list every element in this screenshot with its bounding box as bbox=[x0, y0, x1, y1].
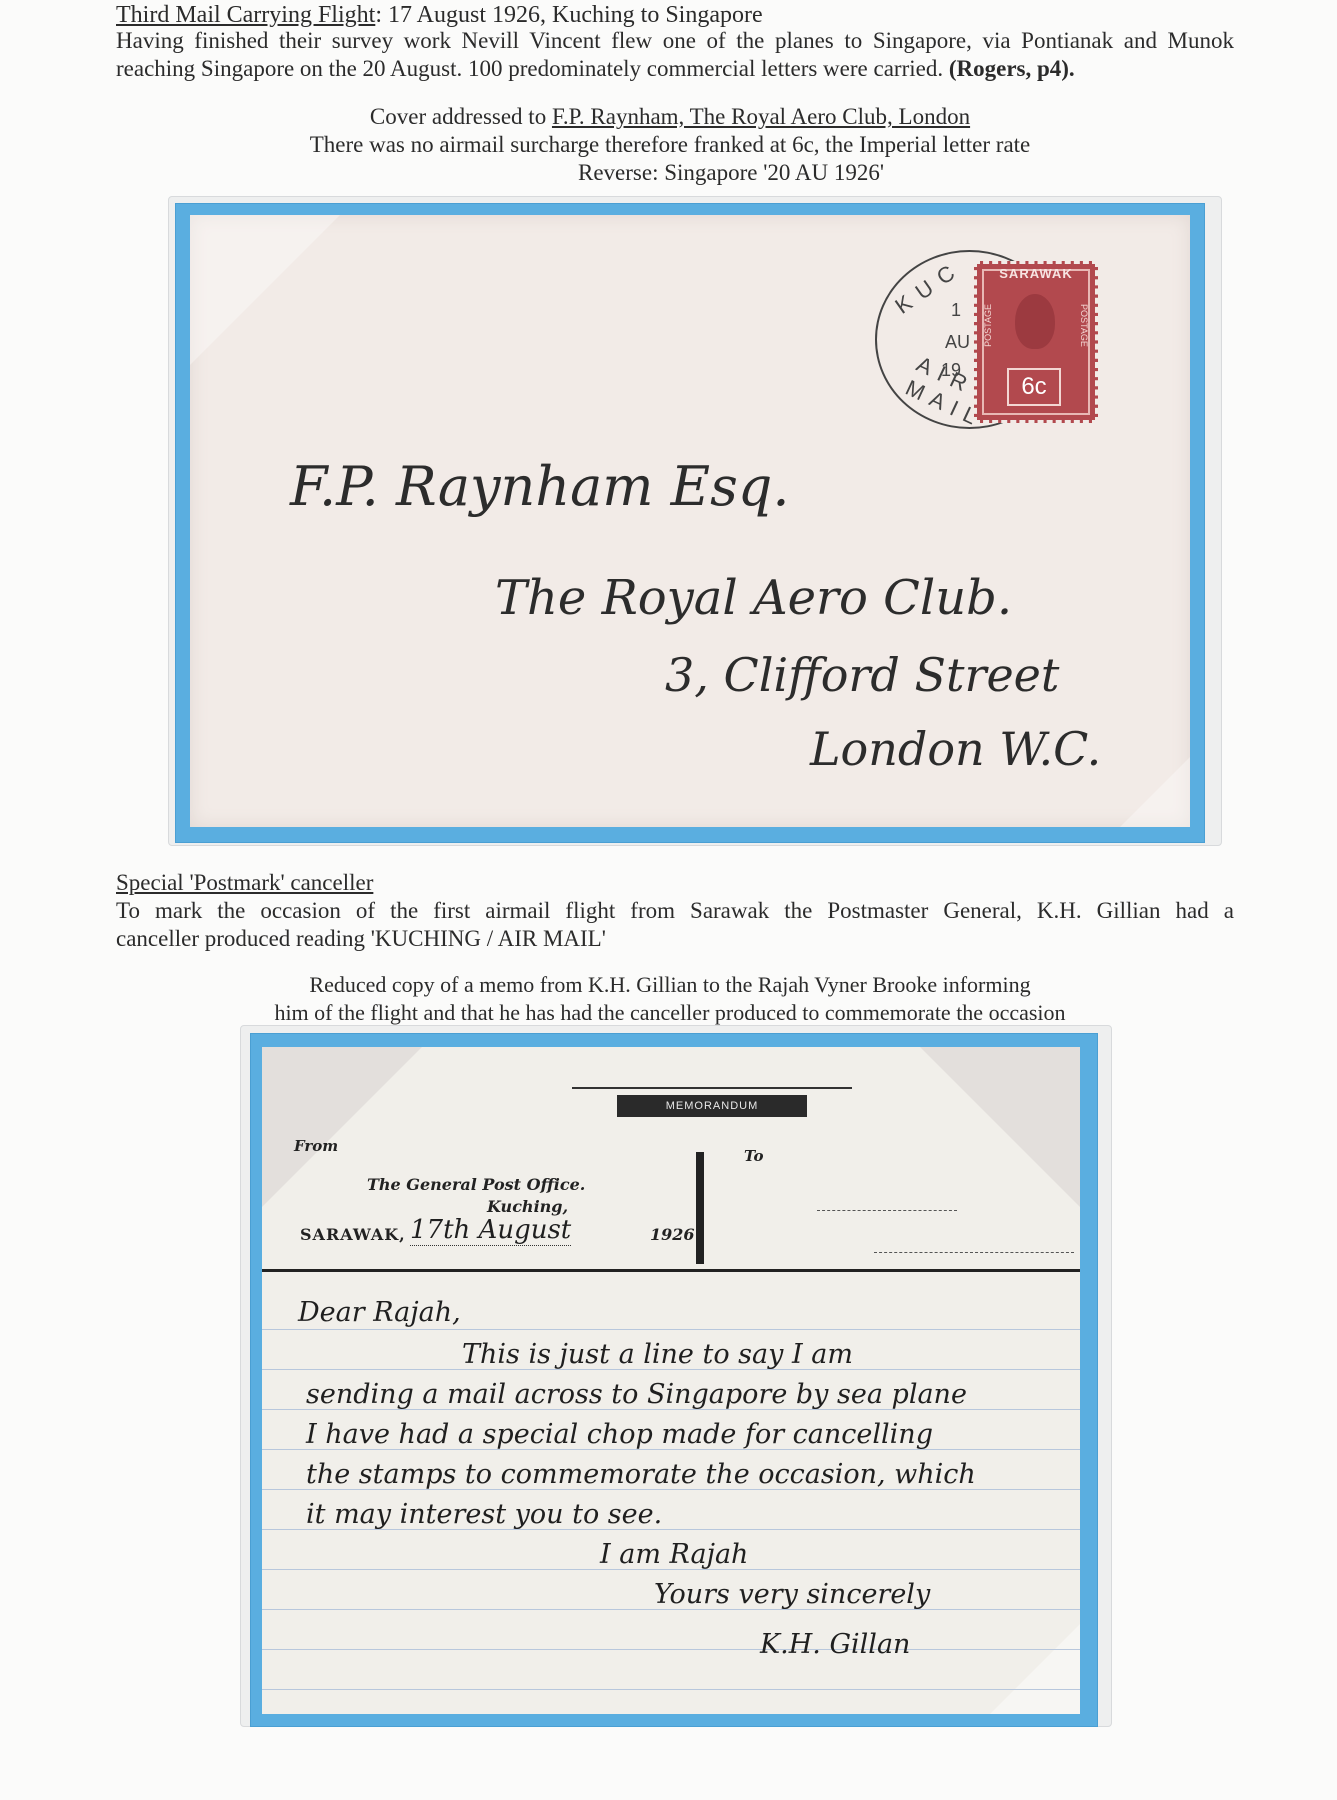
memo-divider-vertical bbox=[696, 1152, 704, 1264]
title-underlined: Third Mail Carrying Flight bbox=[116, 2, 375, 28]
memo-to-label: To bbox=[744, 1147, 763, 1165]
memo-header-rule bbox=[262, 1269, 1080, 1272]
cover-caption-2: There was no airmail surcharge therefore… bbox=[270, 130, 1070, 160]
address-line-3: 3, Clifford Street bbox=[665, 648, 1059, 702]
rule-line bbox=[262, 1689, 1080, 1690]
intro-line-1: Having finished their survey work Nevill… bbox=[116, 26, 1234, 56]
canceller-heading: Special 'Postmark' canceller bbox=[116, 868, 373, 898]
signature: K.H. Gillan bbox=[760, 1629, 910, 1660]
sarawak-6c-stamp: SARAWAK POSTAGE POSTAGE 6c bbox=[974, 261, 1098, 423]
address-line-2: The Royal Aero Club. bbox=[495, 570, 1012, 626]
memo-banner: MEMORANDUM bbox=[617, 1095, 807, 1117]
memo-corner-br bbox=[990, 1624, 1080, 1714]
memo-office-1: The General Post Office. bbox=[367, 1175, 585, 1194]
letter-line-1: Dear Rajah, bbox=[298, 1297, 461, 1328]
photo-corner-br bbox=[1120, 757, 1190, 827]
memo-caption-2: him of the flight and that he has had th… bbox=[200, 998, 1140, 1028]
stamp-value: 6c bbox=[1007, 368, 1061, 406]
rule-line bbox=[262, 1649, 1080, 1650]
citation: (Rogers, p4). bbox=[949, 56, 1075, 81]
memo-office-2: Kuching, bbox=[487, 1197, 568, 1216]
letter-line-4: I have had a special chop made for cance… bbox=[306, 1419, 933, 1450]
intro-line-2: reaching Singapore on the 20 August. 100… bbox=[116, 54, 1075, 84]
rule-line bbox=[262, 1329, 1080, 1330]
postmark-date-2: AU bbox=[945, 332, 970, 353]
memo-sheet: MEMORANDUM From To The General Post Offi… bbox=[262, 1047, 1080, 1714]
canceller-line-2: canceller produced reading 'KUCHING / AI… bbox=[116, 924, 606, 954]
postmark-date-1: 1 bbox=[951, 300, 961, 321]
stamp-portrait-icon bbox=[1015, 294, 1055, 349]
letter-line-8: Yours very sincerely bbox=[654, 1579, 930, 1610]
title-rest: : 17 August 1926, Kuching to Singapore bbox=[375, 2, 762, 28]
memo-from-label: From bbox=[294, 1137, 338, 1155]
letter-line-7: I am Rajah bbox=[600, 1539, 748, 1570]
stamp-side-right: POSTAGE bbox=[1079, 304, 1089, 347]
letter-line-3: sending a mail across to Singapore by se… bbox=[306, 1379, 967, 1410]
memo-corner-tr bbox=[920, 1047, 1080, 1207]
memo-year: 1926 bbox=[650, 1225, 695, 1244]
memo-place: SARAWAK, bbox=[300, 1225, 406, 1244]
letter-line-2: This is just a line to say I am bbox=[462, 1339, 853, 1370]
to-line-1 bbox=[817, 1210, 957, 1211]
to-line-2 bbox=[874, 1252, 1074, 1253]
cover-caption-3: Reverse: Singapore '20 AU 1926' bbox=[578, 158, 884, 188]
memo-caption-1: Reduced copy of a memo from K.H. Gillian… bbox=[200, 970, 1140, 1000]
intro-line-2-text: reaching Singapore on the 20 August. 100… bbox=[116, 56, 943, 81]
letter-line-5: the stamps to commemorate the occasion, … bbox=[306, 1459, 976, 1490]
address-line-1: F.P. Raynham Esq. bbox=[290, 455, 790, 518]
memo-ornament bbox=[572, 1087, 852, 1089]
photo-corner-tl bbox=[190, 215, 340, 365]
cover-addressee: F.P. Raynham, The Royal Aero Club, Londo… bbox=[552, 104, 970, 129]
letter-line-6: it may interest you to see. bbox=[306, 1499, 662, 1530]
canceller-line-1: To mark the occasion of the first airmai… bbox=[116, 896, 1234, 926]
memo-date: 17th August bbox=[410, 1215, 571, 1246]
cover-caption-prefix: Cover addressed to bbox=[370, 104, 552, 129]
stamp-country: SARAWAK bbox=[977, 266, 1095, 281]
address-line-4: London W.C. bbox=[810, 722, 1101, 776]
cover-caption-1: Cover addressed to F.P. Raynham, The Roy… bbox=[270, 102, 1070, 132]
stamp-side-left: POSTAGE bbox=[983, 304, 993, 347]
